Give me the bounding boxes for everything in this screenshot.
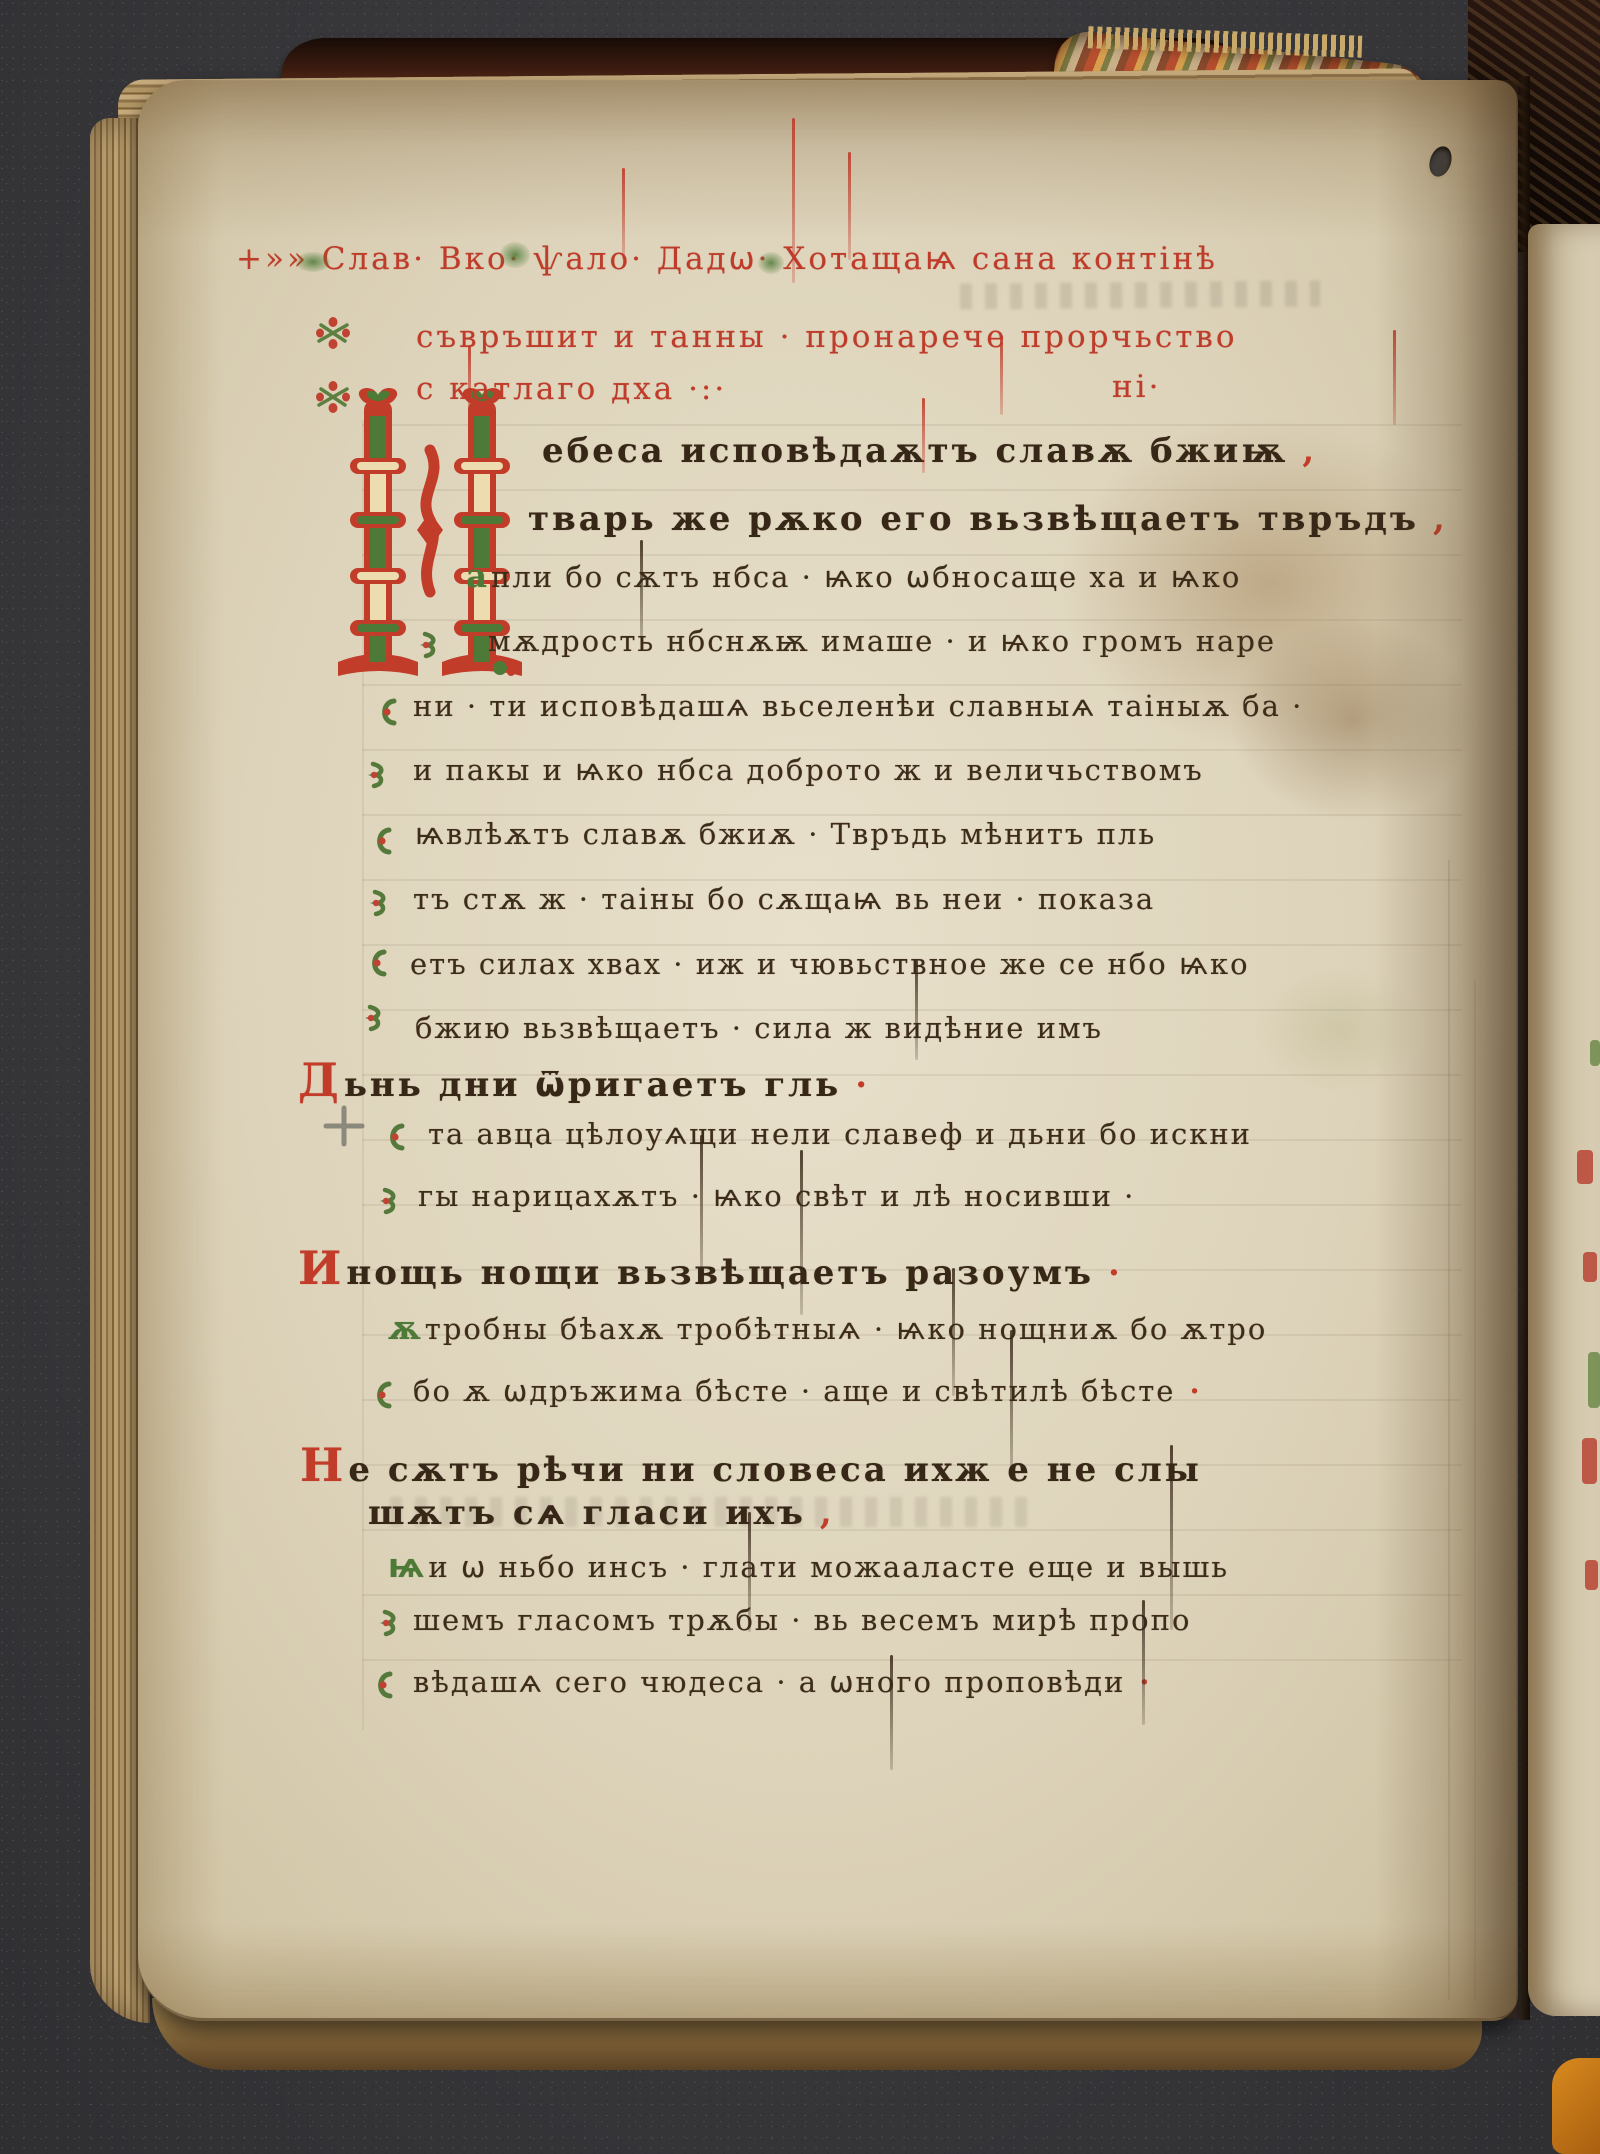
line-text: бжию вьзвѣщаетъ · сила ж видѣние имъ: [415, 1011, 1103, 1045]
line-text: ебеса исповѣдаѫтъ славѫ бжиѭ: [542, 431, 1288, 471]
line-initial: ѫ: [388, 1309, 423, 1347]
line-text: тъ стѫ ж · таіны бо сѫщаѩ вь неи · показ…: [413, 882, 1155, 916]
facing-page-sliver: [1528, 224, 1600, 2016]
line-text: ни · ти исповѣдашѧ вьселенѣи славныѧ таі…: [413, 689, 1303, 723]
text-line: бо ѫ ѡдръжима бѣсте · аще и свѣтилѣ бѣст…: [413, 1373, 1202, 1409]
parchment-crease: [1474, 980, 1476, 2000]
pen-stroke: [890, 1655, 893, 1770]
text-line: съвръшит и танны · пронарече прорчьство: [416, 318, 1238, 357]
text-line: етъ силах хвах · иж и чювьствное же се н…: [410, 946, 1250, 982]
green-hook-mark: [370, 888, 390, 922]
text-line: с катлаго дха ·:·: [416, 370, 727, 409]
pen-stroke: [800, 1150, 803, 1315]
pen-stroke: [748, 1512, 751, 1632]
line-initial: Н: [300, 1438, 346, 1492]
pen-stroke: [952, 1268, 955, 1396]
line-text: шѫтъ сѧ гласи ихъ: [368, 1493, 806, 1533]
line-initial: И: [298, 1241, 344, 1295]
parchment-crease: [1448, 860, 1450, 2000]
green-hook-mark: [365, 1003, 385, 1037]
pen-stroke: [922, 398, 925, 473]
text-line: и пакы и ѩко нбса доброто ж и величьство…: [413, 752, 1204, 788]
text-line: бжию вьзвѣщаетъ · сила ж видѣние имъ: [415, 1010, 1103, 1046]
text-line: гы нарицахѫтъ · ѩко свѣт и лѣ носивши ·: [418, 1178, 1135, 1214]
green-e-mark: [385, 1122, 407, 1156]
line-text: нощь нощи вьзвѣщаетъ разоумъ: [346, 1253, 1094, 1293]
pen-stroke: [792, 118, 795, 283]
line-text: ѩвлѣѫтъ славѫ бжиѫ · Твръдь мѣнитъ пль: [415, 817, 1156, 851]
text-line: тварь же рѫко его вьзвѣщаетъ твръдъ,: [528, 498, 1448, 541]
green-hook-mark: [368, 760, 388, 794]
text-line: та авца цѣлоуѧщи нели славеф и дьни бо и…: [428, 1116, 1252, 1152]
verse-end-mark: ·: [855, 1065, 870, 1105]
line-initial: а: [466, 557, 489, 595]
text-line: Инощь нощи вьзвѣщаетъ разоумъ·: [298, 1240, 1123, 1297]
verse-end-mark: ,: [820, 1493, 835, 1533]
verse-end-mark: ·: [1108, 1253, 1123, 1293]
line-text: и ѡ ньбо инсъ · глати можааласте еще и в…: [428, 1550, 1229, 1584]
line-text: гы нарицахѫтъ · ѩко свѣт и лѣ носивши ·: [418, 1179, 1135, 1213]
green-e-mark: [372, 826, 394, 860]
facing-text-fragment: [1583, 1252, 1597, 1282]
pen-stroke: [700, 1135, 703, 1285]
text-line: шѫтъ сѧ гласи ихъ,: [368, 1492, 835, 1535]
line-text: етъ силах хвах · иж и чювьствное же се н…: [410, 947, 1250, 981]
pen-stroke: [1393, 330, 1396, 425]
green-e-mark: [373, 1670, 395, 1704]
line-text: та авца цѣлоуѧщи нели славеф и дьни бо и…: [428, 1117, 1252, 1151]
verse-end-mark: ,: [1302, 431, 1317, 471]
pen-stroke: [468, 345, 471, 437]
pen-stroke: [622, 168, 625, 260]
text-line: ебеса исповѣдаѫтъ славѫ бжиѭ,: [542, 430, 1317, 473]
text-line: ѩи ѡ ньбо инсъ · глати можааласте еще и …: [388, 1546, 1229, 1587]
pen-stroke: [1170, 1445, 1173, 1630]
pen-stroke: [915, 960, 918, 1060]
text-line: ѩвлѣѫтъ славѫ бжиѫ · Твръдь мѣнитъ пль: [415, 816, 1156, 852]
line-text: е сѫтъ рѣчи ни словеса ихж е не слы: [348, 1450, 1201, 1490]
facing-text-fragment: [1590, 1040, 1600, 1066]
facing-text-fragment: [1585, 1560, 1598, 1590]
line-text: ьнь дни ѿригаетъ гль: [344, 1065, 841, 1105]
pen-stroke: [1142, 1600, 1145, 1725]
text-line: шемъ гласомъ трѫбы · вь весемъ мирѣ проп…: [413, 1602, 1191, 1638]
pen-stroke: [848, 152, 851, 260]
green-paint-dab: [500, 242, 530, 268]
line-text: тварь же рѫко его вьзвѣщаетъ твръдъ: [528, 499, 1419, 539]
line-text: мѫдрость нбснѫѭ имаше · и ѩко громъ наре: [488, 624, 1276, 658]
line-text: бо ѫ ѡдръжима бѣсте · аще и свѣтилѣ бѣст…: [413, 1374, 1175, 1408]
line-text: и пакы и ѩко нбса доброто ж и величьство…: [413, 753, 1204, 787]
line-text: тробны бѣахѫ тробѣтныѧ · ѩко нощниѫ бо ѫ…: [425, 1312, 1268, 1346]
text-line: Дьнь дни ѿригаетъ гль·: [298, 1052, 870, 1109]
line-text: шемъ гласомъ трѫбы · вь весемъ мирѣ проп…: [413, 1603, 1191, 1637]
ink-bleedthrough: [960, 280, 1320, 309]
facing-page-corner: [1552, 2058, 1600, 2154]
pen-stroke: [1000, 335, 1003, 415]
text-line: тъ стѫ ж · таіны бо сѫщаѩ вь неи · показ…: [413, 881, 1155, 917]
green-hook-mark: [380, 1186, 400, 1220]
facing-text-fragment: [1577, 1150, 1593, 1184]
flower-mark: [314, 316, 352, 354]
flower-mark: [314, 380, 352, 418]
verse-end-mark: ·: [1189, 1374, 1201, 1408]
text-line: апли бо сѫтъ нбса · ѩко ѡбносаще ха и ѩк…: [466, 556, 1241, 597]
verse-end-mark: ,: [1433, 499, 1448, 539]
facing-text-fragment: [1588, 1352, 1600, 1408]
text-line: Не сѫтъ рѣчи ни словеса ихж е не слы: [300, 1437, 1202, 1494]
line-text: пли бо сѫтъ нбса · ѩко ѡбносаще ха и ѩко: [491, 560, 1241, 594]
text-line: ни · ти исповѣдашѧ вьселенѣи славныѧ таі…: [413, 688, 1303, 724]
line-initial: Д: [298, 1053, 342, 1107]
green-hook-mark: [420, 630, 440, 664]
text-line: +»» Слав· Вко· ѱало· Дадѡ· Хотащаѩ сана …: [236, 240, 1218, 279]
green-e-mark: [367, 948, 389, 982]
line-text: с катлаго дха ·:·: [416, 371, 727, 407]
line-initial: ѩ: [388, 1547, 426, 1585]
folio-number: ні·: [1112, 368, 1161, 407]
green-paint-dab: [296, 252, 330, 272]
green-e-mark: [372, 1380, 394, 1414]
gray-cross-mark: [322, 1104, 366, 1152]
facing-text-fragment: [1582, 1438, 1597, 1484]
line-text: вѣдашѧ сего чюдеса · а ѡного проповѣди: [413, 1665, 1125, 1699]
line-text: +»» Слав· Вко· ѱало· Дадѡ· Хотащаѩ сана …: [236, 241, 1218, 277]
pen-stroke: [1010, 1330, 1013, 1480]
text-line: мѫдрость нбснѫѭ имаше · и ѩко громъ наре: [488, 623, 1276, 659]
line-text: съвръшит и танны · пронарече прорчьство: [416, 319, 1238, 355]
pen-stroke: [640, 540, 643, 650]
text-line: ѫтробны бѣахѫ тробѣтныѧ · ѩко нощниѫ бо …: [388, 1308, 1267, 1349]
green-paint-dab: [758, 252, 784, 274]
green-hook-mark: [380, 1608, 400, 1642]
green-e-mark: [377, 697, 399, 731]
text-line: вѣдашѧ сего чюдеса · а ѡного проповѣди·: [413, 1664, 1151, 1700]
